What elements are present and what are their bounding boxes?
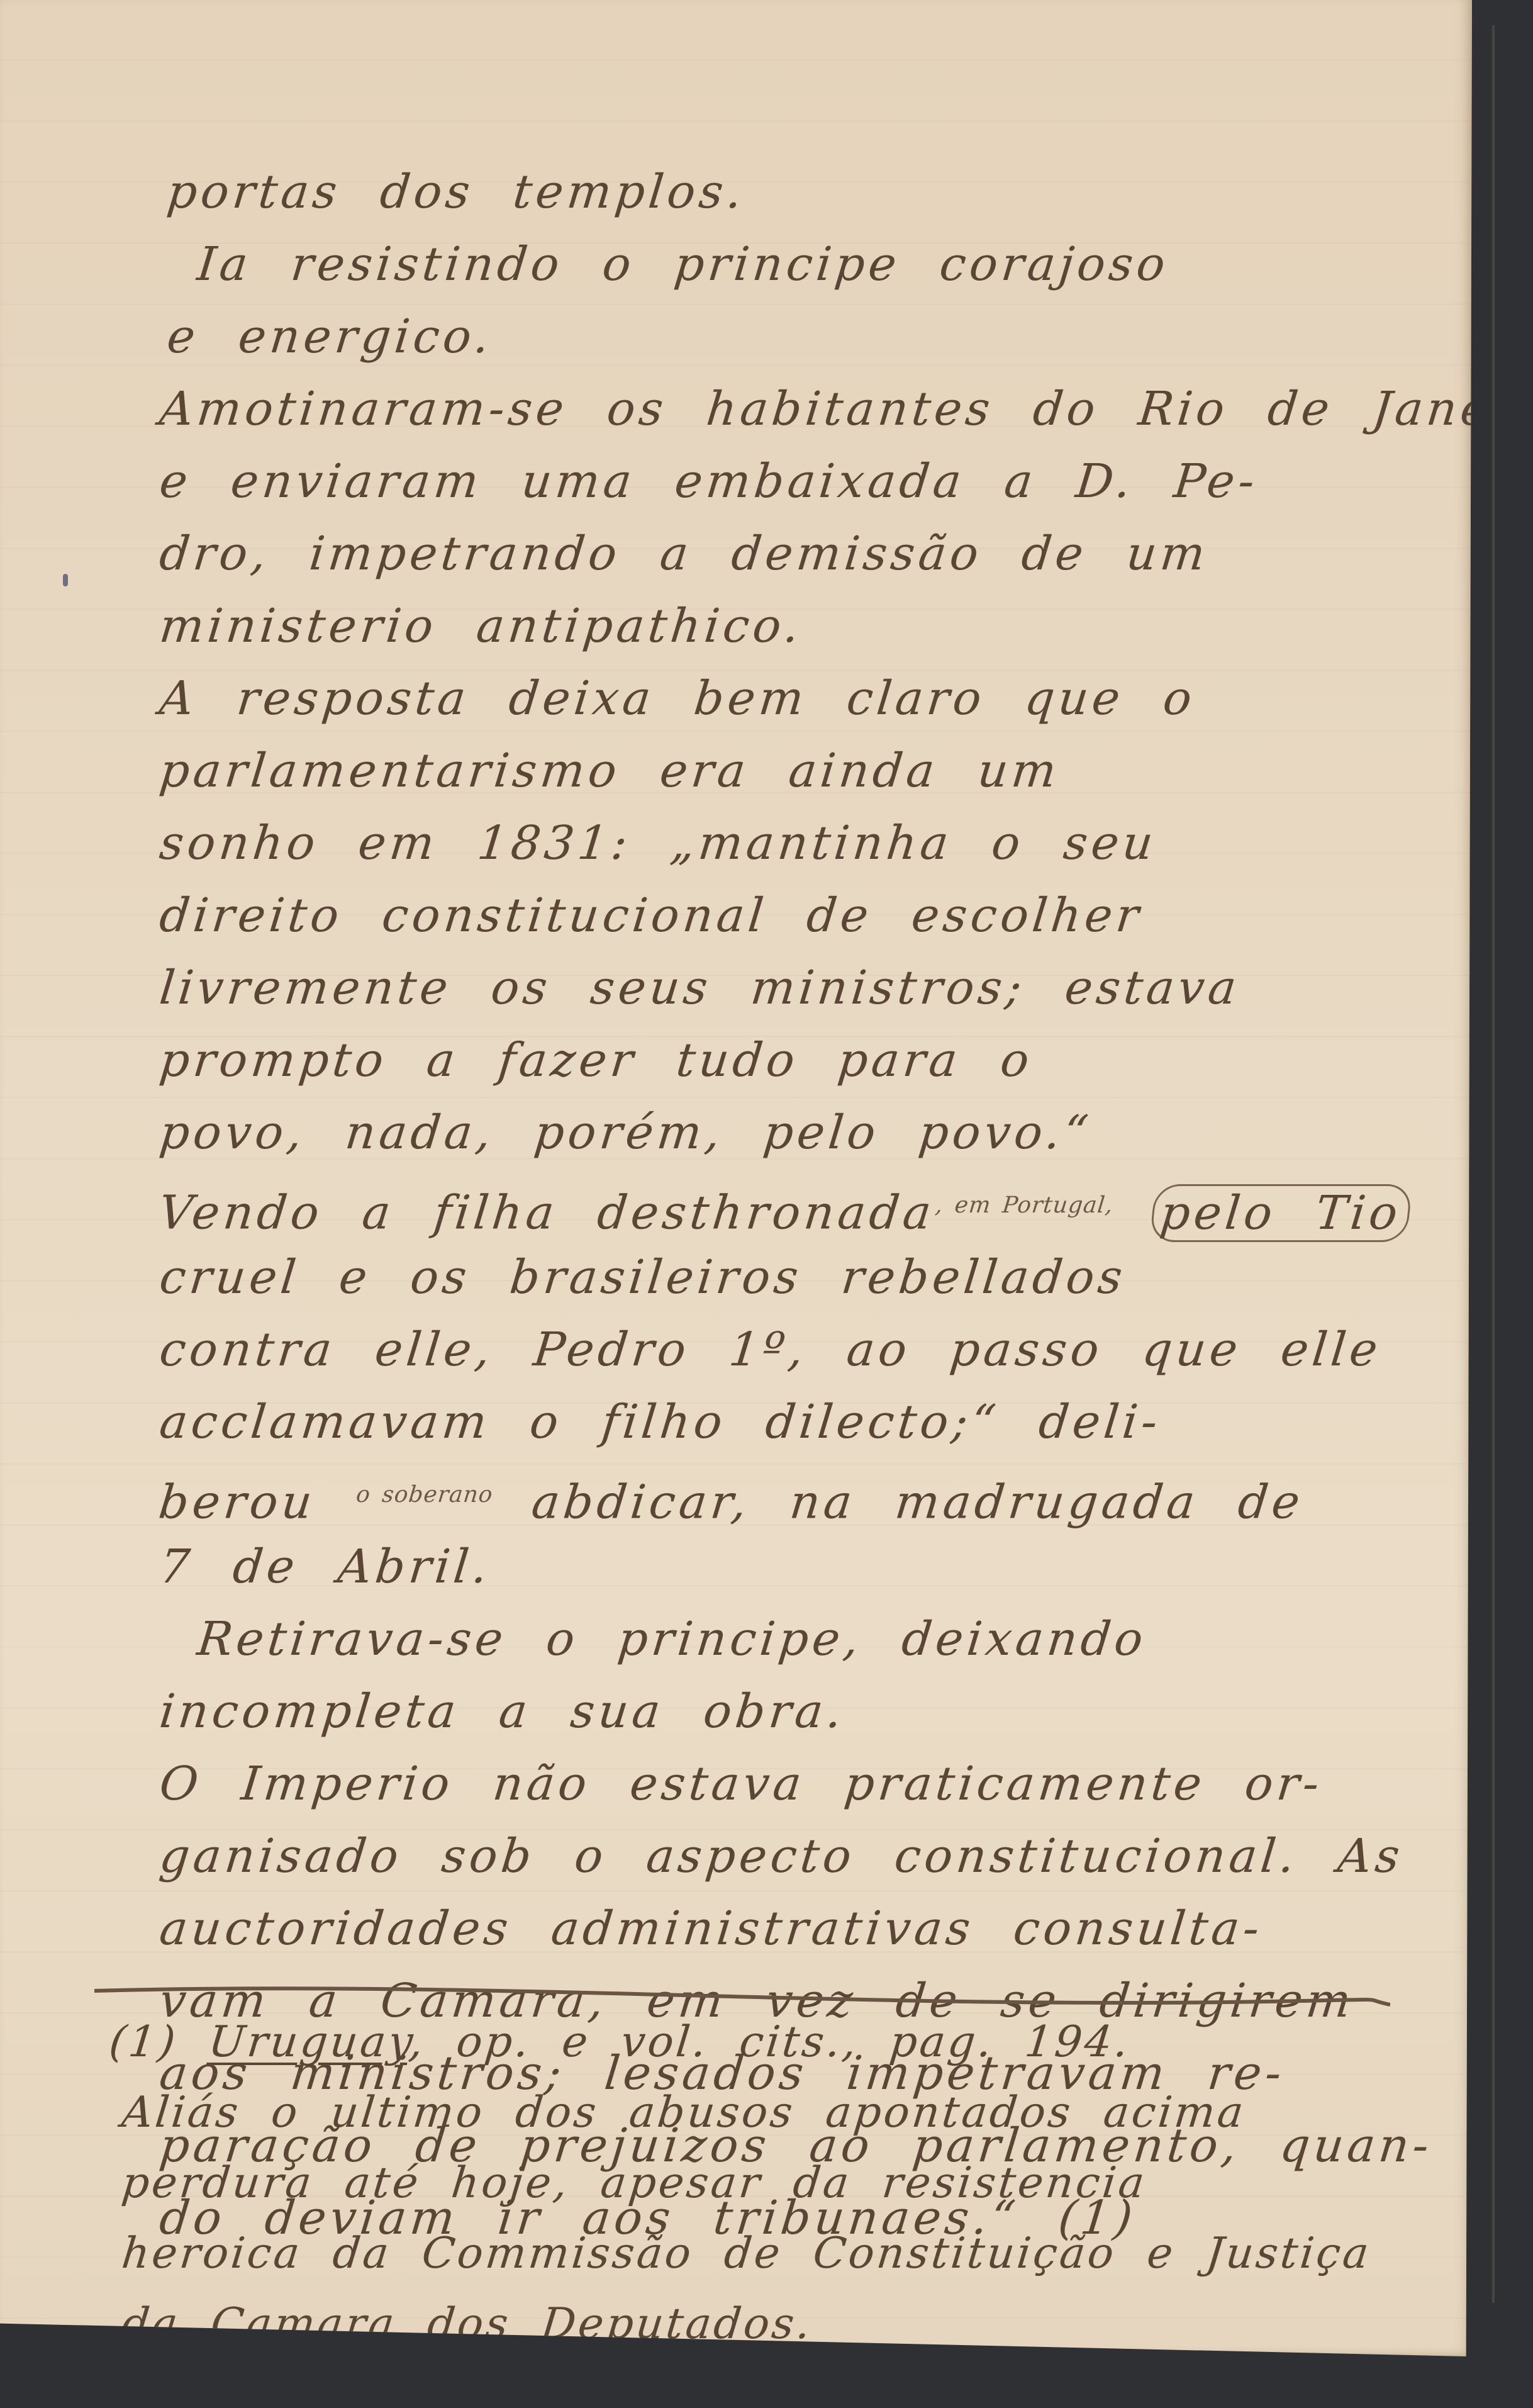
text-line: sonho em 1831: „mantinha o seu [156, 807, 1459, 880]
text-line: dro, impetrando a demissão de um [156, 518, 1459, 590]
text-line: A resposta deixa bem claro que o [156, 663, 1459, 735]
text-line: O Imperio não estava praticamente or- [156, 1748, 1459, 1820]
footnote-divider [94, 1983, 1390, 2008]
text-line: povo, nada, porém, pelo povo.“ [156, 1097, 1459, 1169]
ink-speck [63, 574, 68, 586]
insertion-em-portugal: , em Portugal, [934, 1192, 1115, 1218]
footnote-line: perdura até hoje, apesar da resistencia [106, 2148, 1485, 2219]
text-line: incompleta a sua obra. [156, 1676, 1459, 1748]
line-text: abdicar, na madrugada de [529, 1476, 1306, 1530]
text-line: Amotinaram-se os habitantes do Rio de Ja… [156, 373, 1459, 445]
text-line: ganisado sob o aspecto constitucional. A… [156, 1820, 1459, 1893]
text-line: livremente os seus ministros; estava [156, 952, 1459, 1024]
footnote-marker: (1) [107, 2017, 181, 2067]
footnote-line: heroica da Commissão de Constituição e J… [106, 2219, 1485, 2289]
text-line: prompto a fazer tudo para o [156, 1024, 1459, 1097]
manuscript-page: portas dos templos. Ia resistindo o prin… [0, 0, 1472, 2356]
footnote-line: da Camara dos Deputados. [106, 2289, 1485, 2360]
insertion-o-soberano: o soberano [355, 1482, 494, 1508]
footnote-citation: (1) Uruguay, op. e vol. cits., pag. 194. [106, 2007, 1485, 2078]
line-text: Vendo a filha desthronada [156, 1186, 937, 1240]
text-line: Retirava-se o principe, deixando [156, 1603, 1459, 1676]
text-line: berou o soberano abdicar, na madrugada d… [156, 1459, 1459, 1531]
text-line: contra elle, Pedro 1º, ao passo que elle [156, 1314, 1459, 1386]
line-text: berou [156, 1476, 318, 1530]
footnote-reference: , op. e vol. cits., pag. 194. [407, 2017, 1134, 2067]
text-line: Vendo a filha desthronada, em Portugal, … [156, 1169, 1459, 1241]
text-line: e enviaram uma embaixada a D. Pe- [156, 445, 1459, 518]
footnote-block: (1) Uruguay, op. e vol. cits., pag. 194.… [106, 2007, 1477, 2360]
insertion-pelo-tio: pelo Tio [1149, 1184, 1412, 1242]
body-text: portas dos templos. Ia resistindo o prin… [156, 156, 1452, 2254]
text-line: cruel e os brasileiros rebellados [156, 1241, 1459, 1314]
footnote-line: Aliás o ultimo dos abusos apontados acim… [106, 2078, 1485, 2148]
text-line: ministerio antipathico. [156, 590, 1459, 663]
text-line: e energico. [156, 301, 1459, 373]
text-line: acclamavam o filho dilecto;“ deli- [156, 1386, 1459, 1459]
text-line: Ia resistindo o principe corajoso [156, 228, 1459, 301]
text-line: 7 de Abril. [156, 1531, 1459, 1603]
text-line: auctoridades administrativas consulta- [156, 1893, 1459, 1965]
text-line: direito constitucional de escolher [156, 880, 1459, 952]
footnote-author: Uruguay [206, 2017, 412, 2067]
text-line: parlamentarismo era ainda um [156, 735, 1459, 807]
page-edge [1492, 25, 1495, 2303]
text-line: portas dos templos. [156, 156, 1459, 228]
